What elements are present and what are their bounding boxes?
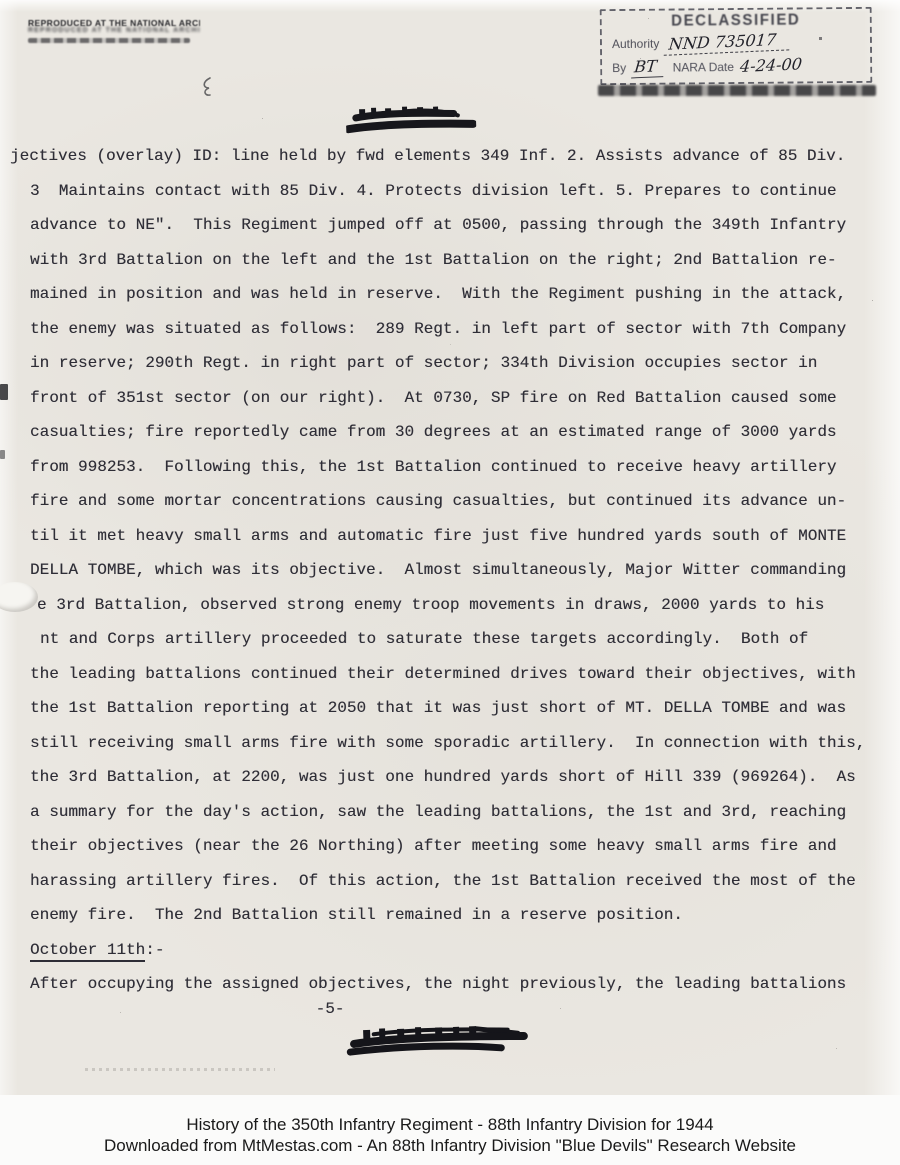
body-line: the 3rd Battalion, at 2200, was just one…: [0, 768, 900, 803]
by-handwritten-initials: BT: [631, 56, 666, 78]
body-line: til it met heavy small arms and automati…: [0, 527, 900, 562]
nara-date-label: NARA Date: [673, 60, 734, 75]
archives-stamp-text-echo: REPRODUCED AT THE NATIONAL ARCHIVES: [28, 27, 200, 34]
declassified-title: DECLASSIFIED: [612, 10, 860, 30]
body-line: the 1st Battalion reporting at 2050 that…: [0, 699, 900, 734]
body-line: front of 351st sector (on our right). At…: [0, 389, 900, 424]
body-line: the enemy was situated as follows: 289 R…: [0, 320, 900, 355]
website-footer: History of the 350th Infantry Regiment -…: [0, 1095, 900, 1165]
faint-dotted-trace: [85, 1068, 275, 1071]
page-number: -5-: [300, 1000, 360, 1018]
archives-stamp-smudge: [28, 38, 190, 43]
body-line: nt and Corps artillery proceeded to satu…: [0, 630, 900, 665]
footer-title: History of the 350th Infantry Regiment -…: [0, 1114, 900, 1135]
body-line: a summary for the day's action, saw the …: [0, 803, 900, 838]
left-edge-ink-mark: [0, 384, 8, 400]
ink-squiggle-mark: [200, 76, 214, 98]
body-line: their objectives (near the 26 Northing) …: [0, 837, 900, 872]
body-line: e 3rd Battalion, observed strong enemy t…: [0, 596, 900, 631]
body-line: enemy fire. The 2nd Battalion still rema…: [0, 906, 900, 941]
by-label: By: [612, 61, 626, 75]
authority-handwritten-value: NND 735017: [664, 29, 792, 55]
body-line: harassing artillery fires. Of this actio…: [0, 872, 900, 907]
body-line: mained in position and was held in reser…: [0, 285, 900, 320]
body-line: DELLA TOMBE, which was its objective. Al…: [0, 561, 900, 596]
national-archives-stamp: REPRODUCED AT THE NATIONAL ARCHIVES REPR…: [28, 18, 200, 43]
section-heading-date: October 11th: [30, 941, 145, 962]
section-heading: October 11th:-: [0, 941, 900, 976]
declassified-stamp: DECLASSIFIED AuthorityNND 735017 ByBTNAR…: [600, 7, 873, 85]
body-line: still receiving small arms fire with som…: [0, 734, 900, 769]
body-line: 3 Maintains contact with 85 Div. 4. Prot…: [0, 182, 900, 217]
body-line: in reserve; 290th Regt. in right part of…: [0, 354, 900, 389]
body-line: After occupying the assigned objectives,…: [0, 975, 900, 1010]
body-line: jectives (overlay) ID: line held by fwd …: [0, 147, 900, 182]
document-body: jectives (overlay) ID: line held by fwd …: [0, 147, 900, 1010]
footer-source: Downloaded from MtMestas.com - An 88th I…: [0, 1135, 900, 1156]
body-line: with 3rd Battalion on the left and the 1…: [0, 251, 900, 286]
body-line: advance to NE". This Regiment jumped off…: [0, 216, 900, 251]
body-line: casualties; fire reportedly came from 30…: [0, 423, 900, 458]
authority-label: Authority: [612, 37, 659, 51]
left-edge-ink-mark: [0, 450, 5, 459]
redaction-scribble-bottom: [345, 1021, 531, 1061]
body-line: fire and some mortar concentrations caus…: [0, 492, 900, 527]
stamp-bottom-smudge: [598, 85, 876, 96]
nara-date-handwritten-value: 4-24-00: [739, 54, 803, 76]
body-line: the leading battalions continued their d…: [0, 665, 900, 700]
section-heading-suffix: :-: [145, 941, 164, 959]
scan-noise-specks: [0, 0, 1, 1]
body-line: from 998253. Following this, the 1st Bat…: [0, 458, 900, 493]
scanned-document-page: REPRODUCED AT THE NATIONAL ARCHIVES REPR…: [0, 0, 900, 1165]
redaction-scribble-top: [345, 102, 476, 141]
